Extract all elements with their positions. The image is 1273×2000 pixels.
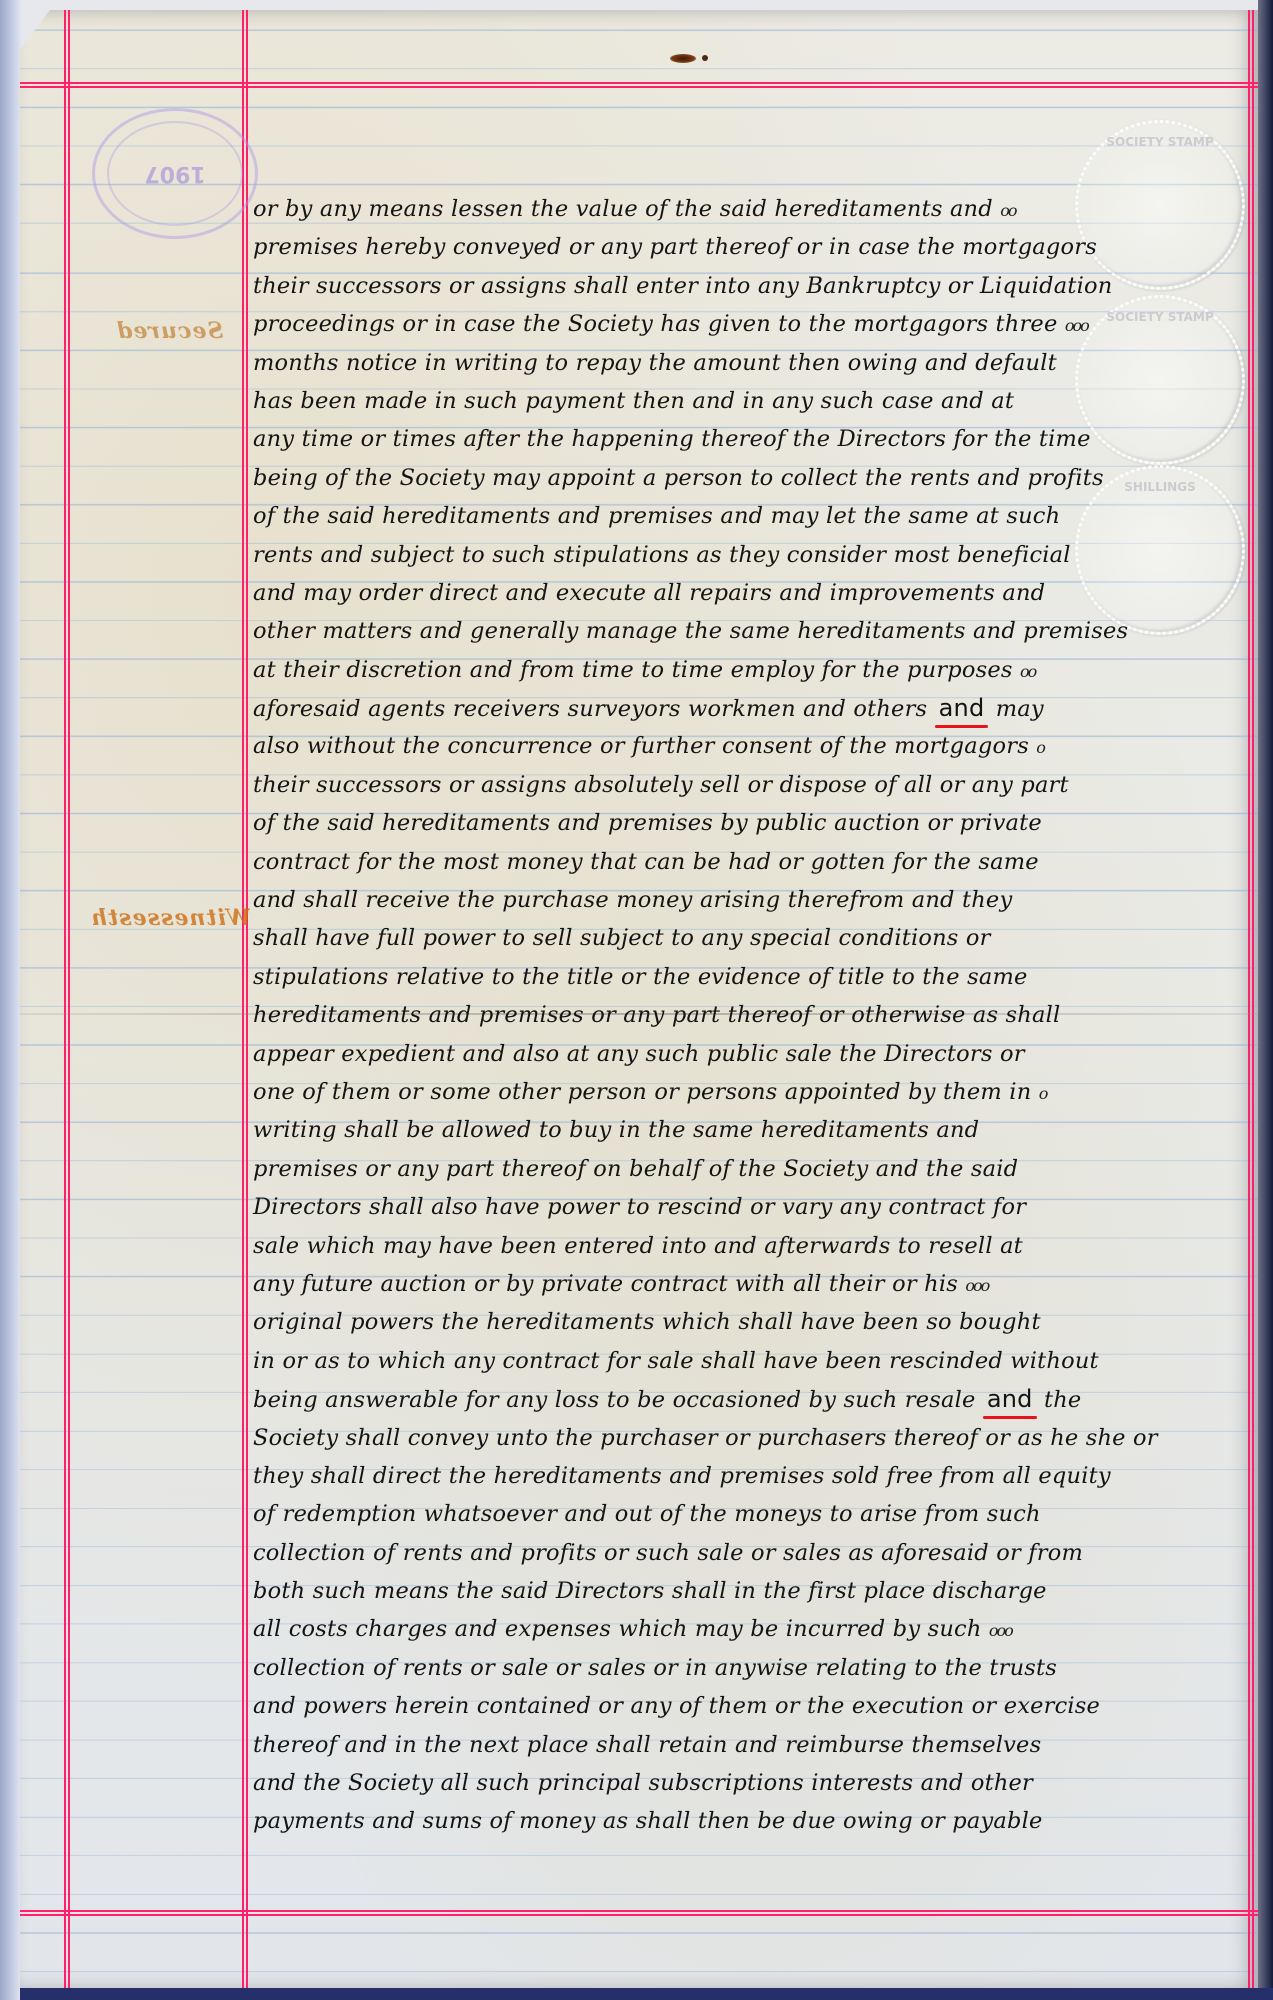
text-line: Directors shall also have power to resci… [253, 1188, 1253, 1226]
text-line: all costs charges and expenses which may… [253, 1610, 1253, 1648]
line-filler-flourish: o [1036, 738, 1044, 757]
scanner-bed-edge [20, 1988, 1273, 2000]
rust-mark [670, 54, 696, 63]
text-line: Society shall convey unto the purchaser … [253, 1419, 1253, 1457]
text-line: original powers the hereditaments which … [253, 1303, 1253, 1341]
text-line: and the Society all such principal subsc… [253, 1764, 1253, 1802]
line-filler-flourish: oo [1020, 662, 1035, 681]
text-line: stipulations relative to the title or th… [253, 958, 1253, 996]
text-line: their successors or assigns shall enter … [253, 267, 1253, 305]
text-line: premises hereby conveyed or any part the… [253, 228, 1253, 266]
text-line: payments and sums of money as shall then… [253, 1802, 1253, 1840]
text-line: of the said hereditaments and premises a… [253, 497, 1253, 535]
text-line: any time or times after the happening th… [253, 420, 1253, 458]
text-line: collection of rents or sale or sales or … [253, 1649, 1253, 1687]
text-line: of the said hereditaments and premises b… [253, 804, 1253, 842]
text-line: one of them or some other person or pers… [253, 1073, 1253, 1111]
line-filler-flourish: o [1039, 1084, 1047, 1103]
text-line: collection of rents and profits or such … [253, 1534, 1253, 1572]
text-line: thereof and in the next place shall reta… [253, 1726, 1253, 1764]
text-line: appear expedient and also at any such pu… [253, 1035, 1253, 1073]
bleed-through-text: Witnessesth [90, 905, 251, 931]
underlined-and: and [935, 694, 989, 722]
top-margin-rule [20, 82, 1258, 88]
line-filler-flourish: ooo [965, 1276, 988, 1295]
line-filler-flourish: ooo [1065, 316, 1088, 335]
line-filler-flourish: ooo [989, 1621, 1012, 1640]
text-line: both such means the said Directors shall… [253, 1572, 1253, 1610]
text-line: their successors or assigns absolutely s… [253, 766, 1253, 804]
text-line: being answerable for any loss to be occa… [253, 1380, 1253, 1418]
text-line: writing shall be allowed to buy in the s… [253, 1111, 1253, 1149]
deed-text: or by any means lessen the value of the … [253, 190, 1253, 1841]
left-outer-margin-rule [64, 10, 70, 1990]
text-line: they shall direct the hereditaments and … [253, 1457, 1253, 1495]
bottom-margin-rule [20, 1910, 1258, 1916]
text-line: also without the concurrence or further … [253, 727, 1253, 765]
scan-edge-shadow [1258, 0, 1273, 2000]
text-line: hereditaments and premises or any part t… [253, 996, 1253, 1034]
text-line: has been made in such payment then and i… [253, 382, 1253, 420]
underlined-and: and [983, 1385, 1037, 1413]
text-line: of redemption whatsoever and out of the … [253, 1495, 1253, 1533]
text-line: and may order direct and execute all rep… [253, 574, 1253, 612]
text-line: months notice in writing to repay the am… [253, 344, 1253, 382]
left-inner-margin-rule [242, 10, 248, 1990]
text-line: any future auction or by private contrac… [253, 1265, 1253, 1303]
document-scan: 1907 Secured Witnessesth SOCIETY STAMP S… [0, 0, 1273, 2000]
text-line: rents and subject to such stipulations a… [253, 536, 1253, 574]
text-line: aforesaid agents receivers surveyors wor… [253, 689, 1253, 727]
text-line: being of the Society may appoint a perso… [253, 459, 1253, 497]
bleed-through-text: Secured [116, 318, 223, 344]
line-filler-flourish: oo [1000, 201, 1015, 220]
ink-date-stamp: 1907 [92, 108, 258, 239]
text-line: contract for the most money that can be … [253, 843, 1253, 881]
text-line: sale which may have been entered into an… [253, 1227, 1253, 1265]
text-line: shall have full power to sell subject to… [253, 919, 1253, 957]
text-line: other matters and generally manage the s… [253, 612, 1253, 650]
text-line: and shall receive the purchase money ari… [253, 881, 1253, 919]
text-line: at their discretion and from time to tim… [253, 651, 1253, 689]
text-line: proceedings or in case the Society has g… [253, 305, 1253, 343]
text-line: premises or any part thereof on behalf o… [253, 1150, 1253, 1188]
text-line: or by any means lessen the value of the … [253, 190, 1253, 228]
text-line: and powers herein contained or any of th… [253, 1687, 1253, 1725]
text-line: in or as to which any contract for sale … [253, 1342, 1253, 1380]
stamp-text: 1907 [144, 161, 205, 186]
